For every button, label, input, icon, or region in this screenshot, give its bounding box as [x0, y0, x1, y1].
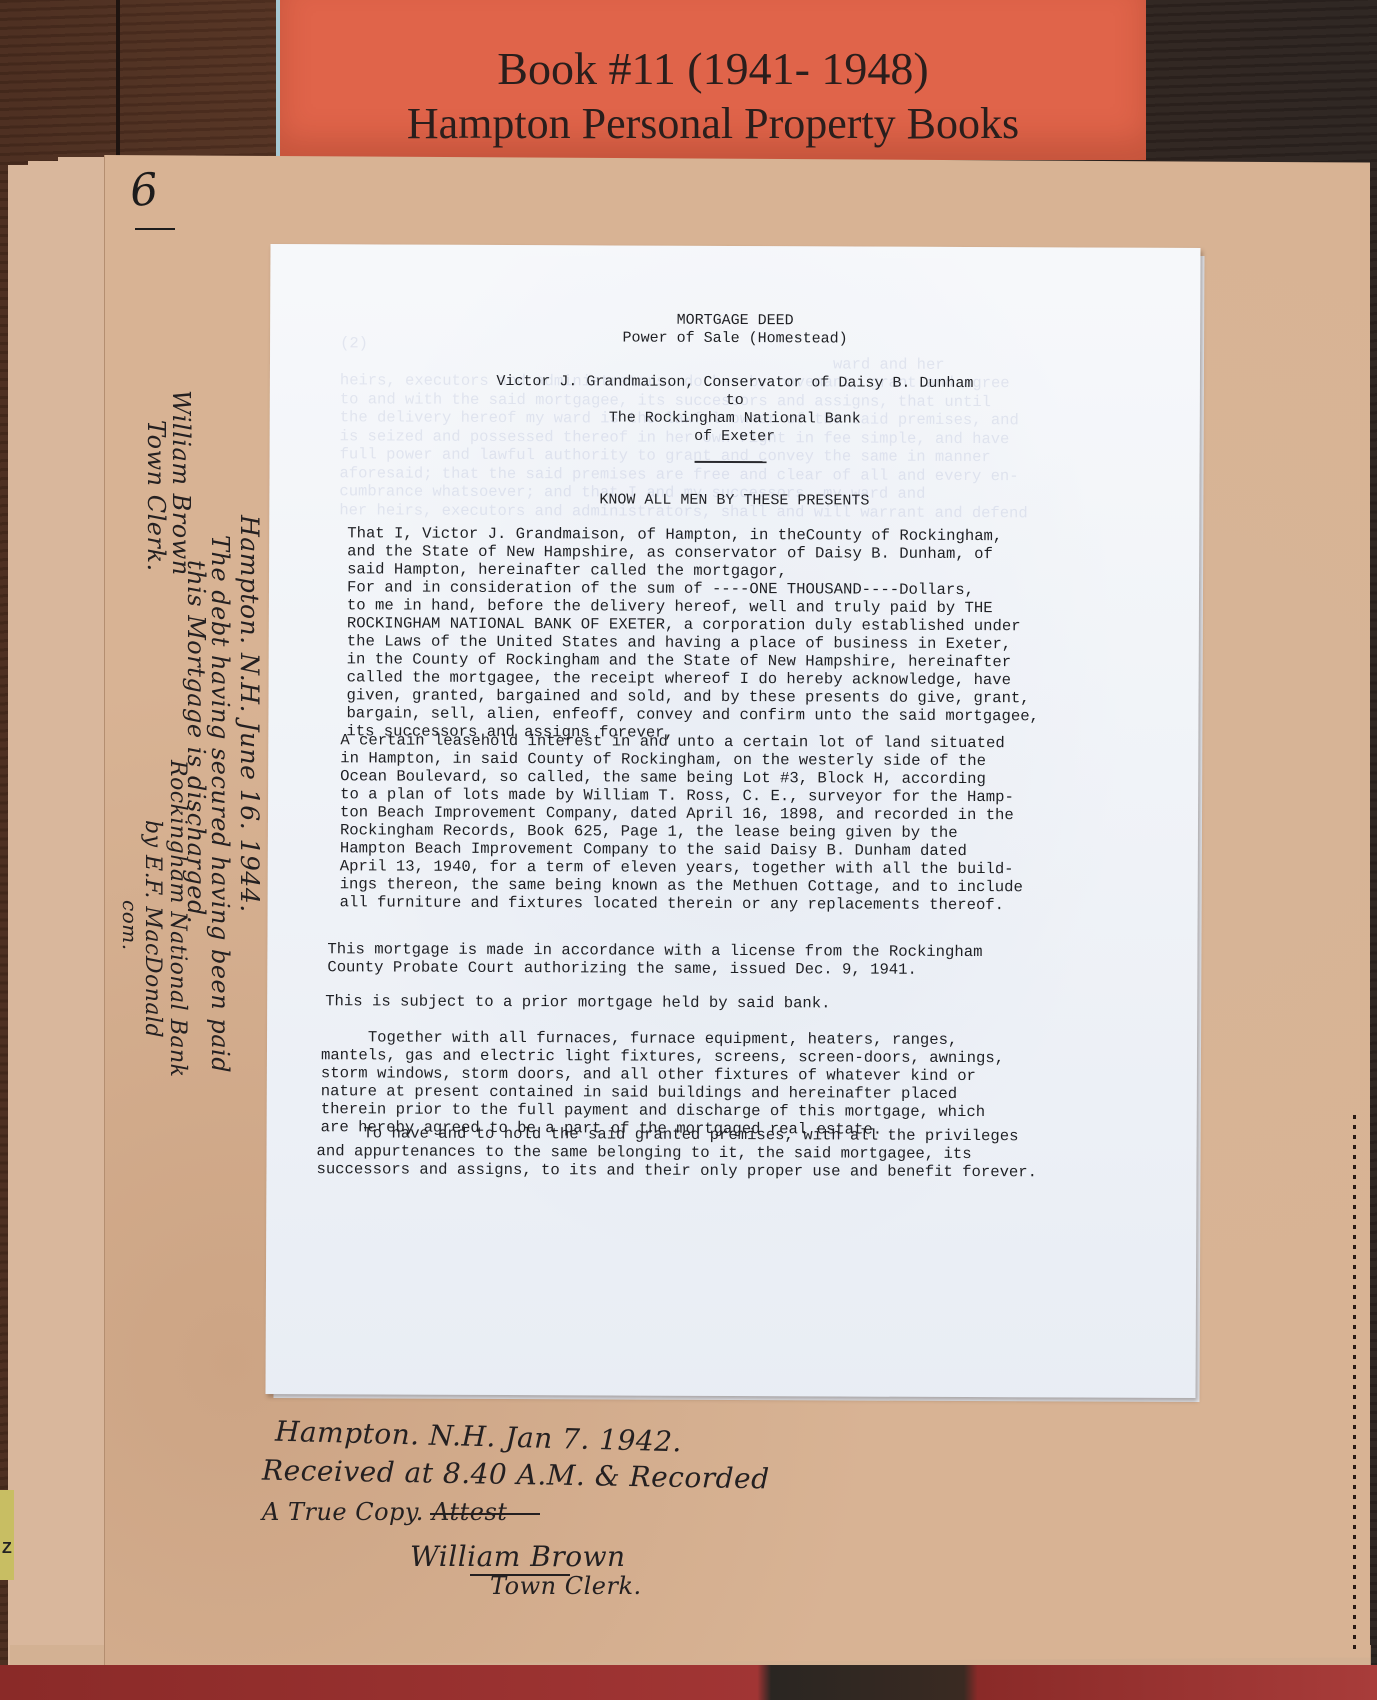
page-perforation	[1353, 1115, 1356, 1655]
side-signature-title: Town Clerk.	[142, 420, 170, 572]
deed-parties: Victor J. Grandmaison, Conservator of Da…	[270, 372, 1200, 448]
discharge-note-line: Rockingham National Bank	[165, 760, 190, 1077]
book-label-card: Book #11 (1941- 1948) Hampton Personal P…	[276, 0, 1146, 160]
label-collection-title: Hampton Personal Property Books	[280, 98, 1146, 149]
deed-subtitle: Power of Sale (Homestead)	[270, 328, 1200, 350]
discharge-note-line: by E.F. MacDonald	[140, 820, 165, 1038]
title-rule	[695, 461, 767, 463]
paragraph-license: This mortgage is made in accordance with…	[327, 940, 982, 979]
page-number-underline	[135, 228, 175, 230]
side-signature-name: William Brown	[167, 390, 195, 576]
index-tab[interactable]	[0, 1490, 14, 1580]
recording-signature-title: Town Clerk.	[490, 1572, 642, 1600]
paragraph-property-description: A certain leasehold interest in and unto…	[340, 731, 1024, 914]
deed-title-block: MORTGAGE DEED Power of Sale (Homestead)	[270, 310, 1200, 350]
index-tab-letter: Z	[2, 1540, 12, 1558]
discharge-note-line: com.	[118, 900, 142, 951]
recording-note-attest: A True Copy. Attest	[262, 1498, 507, 1526]
paragraph-habendum: To have and to hold the said granted pre…	[316, 1124, 1037, 1181]
page-number: 6	[128, 164, 160, 217]
discharge-note-line: The debt having secured having been paid	[206, 535, 234, 1073]
attest-underline	[430, 1513, 540, 1515]
party-grantee-location: of Exeter	[270, 426, 1200, 448]
table-seam	[116, 0, 120, 160]
book-cover-edge	[0, 1665, 1377, 1700]
label-book-number: Book #11 (1941- 1948)	[280, 42, 1146, 95]
mortgage-deed-document: (2) ward and her heirs, executors and ad…	[265, 244, 1200, 1398]
paragraph-conveyance: That I, Victor J. Grandmaison, of Hampto…	[346, 524, 1039, 743]
paragraph-fixtures: Together with all furnaces, furnace equi…	[321, 1028, 1005, 1139]
paragraph-prior-mortgage: This is subject to a prior mortgage held…	[325, 992, 830, 1012]
recording-signature-name: William Brown	[410, 1540, 626, 1573]
discharge-note-line: Hampton. N.H. June 16. 1944.	[235, 515, 264, 913]
deed-heading: KNOW ALL MEN BY THESE PRESENTS	[269, 490, 1199, 512]
